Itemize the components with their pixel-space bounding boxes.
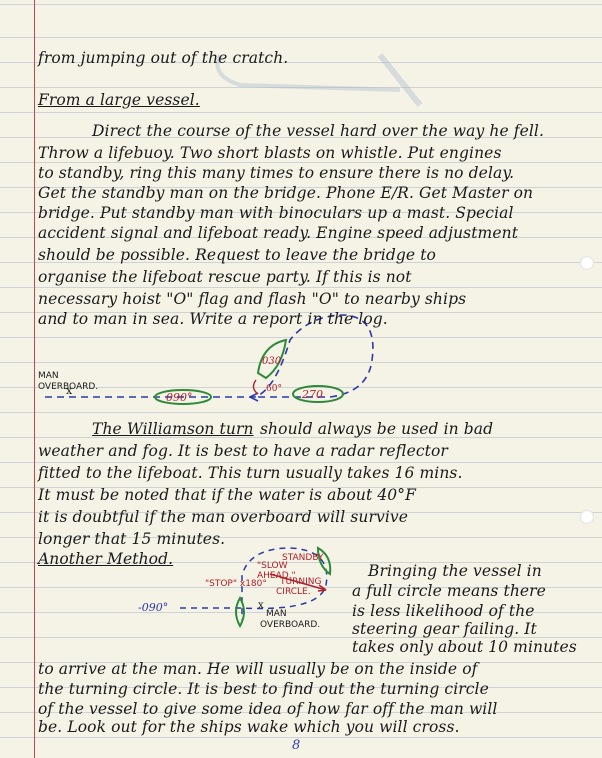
text-line: takes only about 10 minutes — [352, 638, 577, 656]
heading-label: -090° — [138, 601, 168, 614]
stop-label: "STOP" x180° — [205, 579, 267, 589]
svg-text:CIRCLE.: CIRCLE. — [276, 587, 311, 597]
svg-text:OVERBOARD.: OVERBOARD. — [260, 620, 320, 630]
man-overboard-label: MAN — [266, 609, 287, 619]
text-line: is less likelihood of the — [352, 602, 535, 620]
notebook-page: from jumping out of the cratch. From a l… — [0, 0, 602, 758]
text-line: be. Look out for the ships wake which yo… — [38, 718, 460, 736]
text-line: a full circle means there — [352, 582, 546, 600]
man-marker-icon: x — [258, 600, 264, 611]
text-line: steering gear failing. It — [352, 620, 537, 638]
turning-circle-label: TURNING — [279, 577, 321, 587]
page-number: 8 — [292, 738, 300, 753]
text-line: Bringing the vessel in — [368, 562, 542, 580]
text-line: to arrive at the man. He will usually be… — [38, 660, 478, 678]
standby-label: STANDBY — [282, 553, 324, 563]
svg-text:"SLOW: "SLOW — [257, 561, 288, 571]
text-line: of the vessel to give some idea of how f… — [38, 700, 497, 718]
text-line: the turning circle. It is best to find o… — [38, 680, 489, 698]
